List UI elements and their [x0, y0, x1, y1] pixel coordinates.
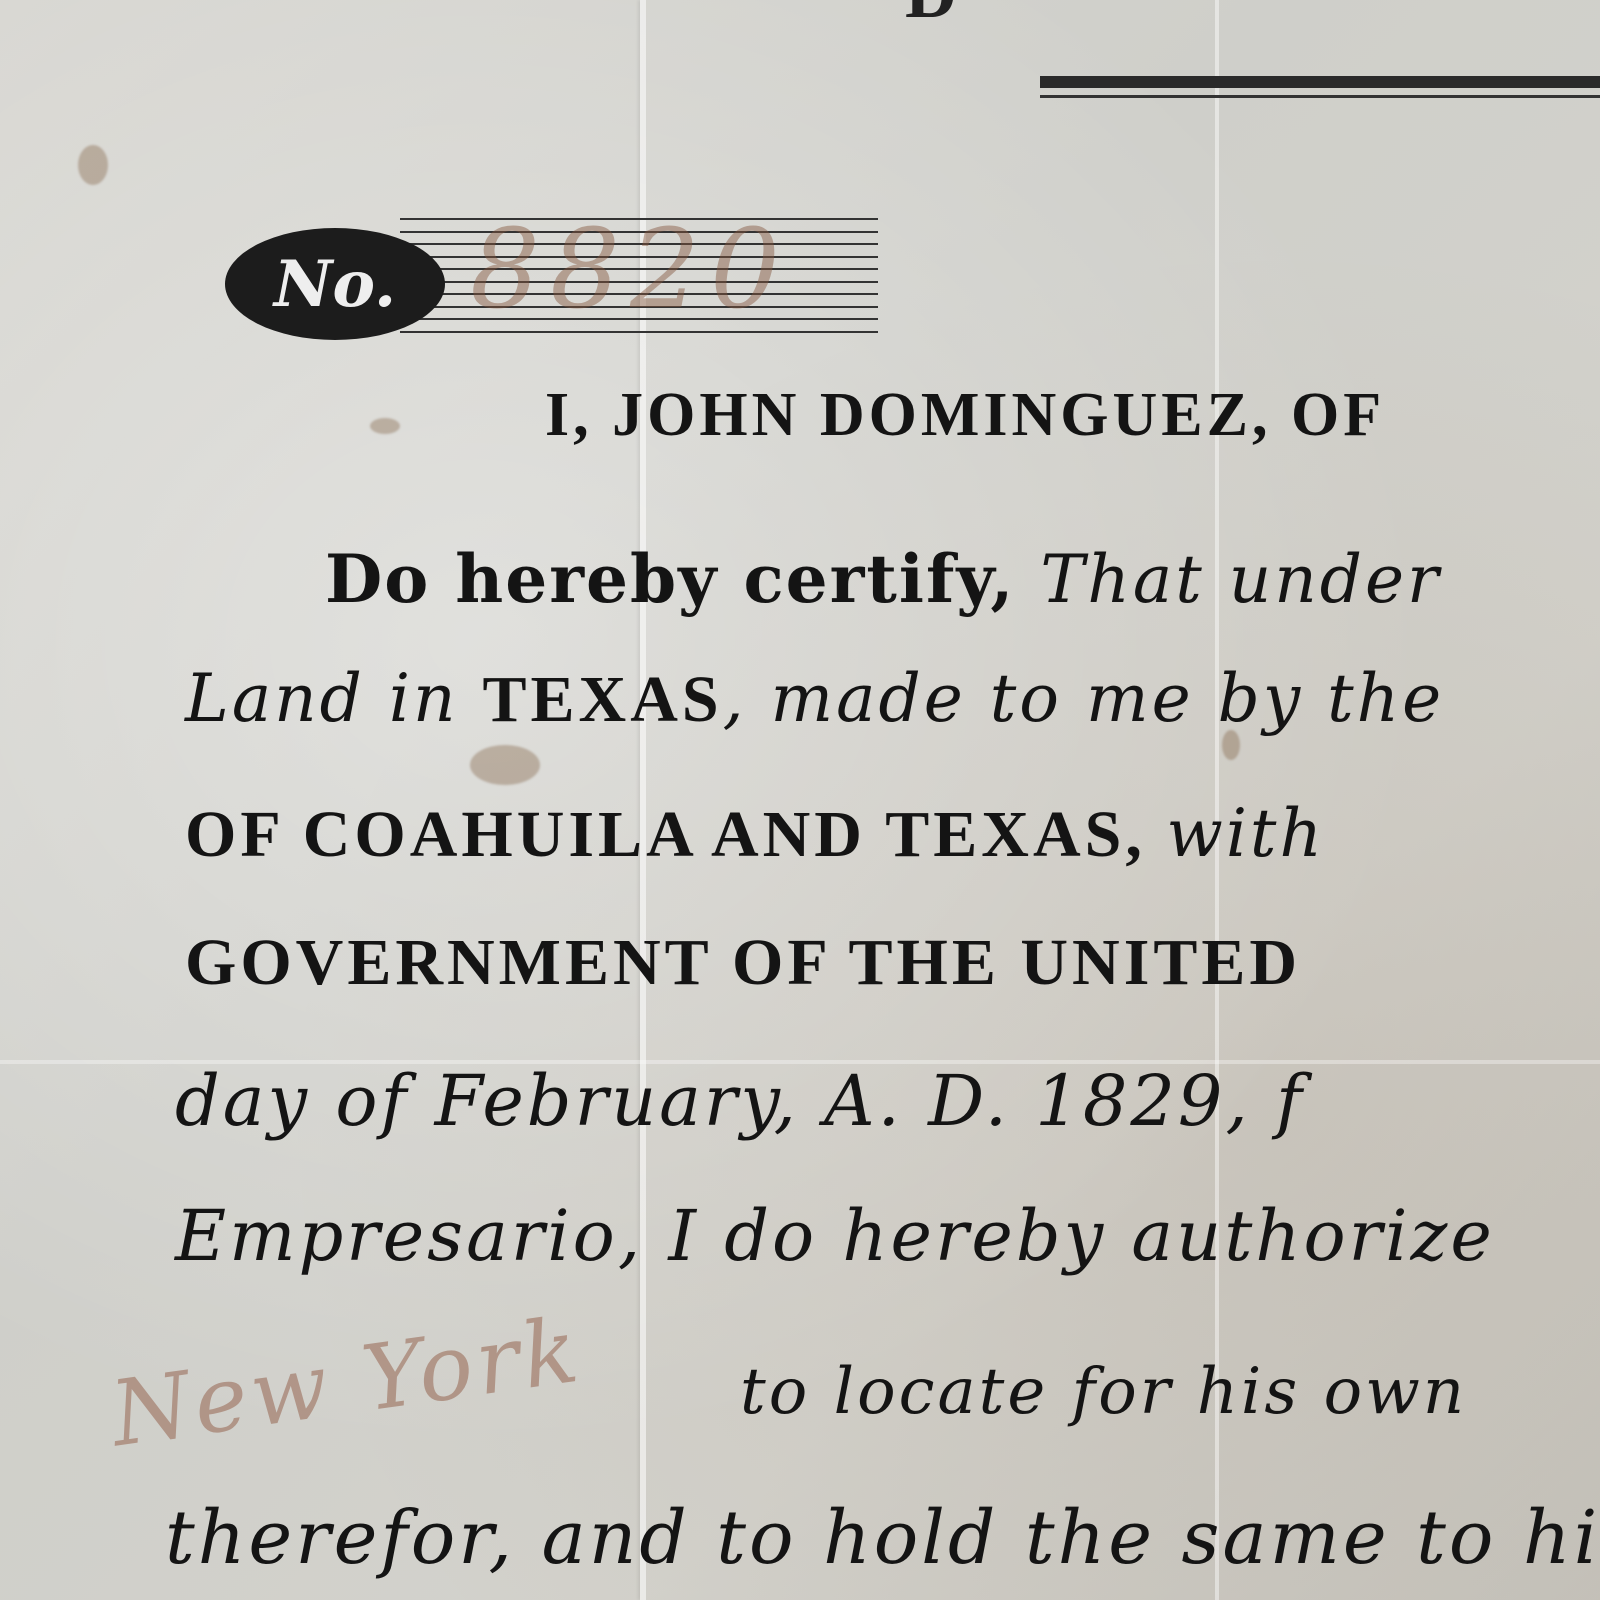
number-label: No.	[274, 247, 396, 322]
line-text: , made to me by the	[723, 660, 1445, 737]
certificate-line-2: Do hereby certify, That under	[325, 540, 1442, 619]
ink-stain	[370, 418, 400, 434]
certificate-line-9: therefor, and to hold the same to hi	[165, 1495, 1600, 1581]
certificate-line-6: day of February, A. D. 1829, f	[175, 1060, 1305, 1142]
heading-rule-thick	[1040, 76, 1600, 88]
line-text: That under	[1040, 541, 1441, 618]
certificate-line-3: Land in TEXAS, made to me by the	[185, 660, 1444, 738]
certificate-line-4: OF COAHUILA AND TEXAS, with	[185, 795, 1325, 873]
certificate-number-handwritten: 8820	[470, 205, 790, 333]
ink-stain	[470, 745, 540, 785]
certificate-line-5: GOVERNMENT OF THE UNITED	[185, 925, 1301, 1001]
certificate-line-7: Empresario, I do hereby authorize	[175, 1195, 1495, 1277]
line-text: TEXAS	[483, 663, 723, 736]
number-badge: No.	[225, 228, 445, 340]
line-text: with	[1166, 795, 1325, 872]
document-heading-fragment: D	[905, 0, 965, 35]
certificate-line-8: to locate for his own	[740, 1355, 1467, 1429]
line-text: OF COAHUILA AND TEXAS,	[185, 798, 1166, 871]
line-text: Land in	[185, 660, 483, 737]
certificate-line-1: I, JOHN DOMINGUEZ, OF	[545, 380, 1385, 451]
heading-rule-thin	[1040, 95, 1600, 98]
ink-stain	[78, 145, 108, 185]
certify-phrase: Do hereby certify,	[325, 540, 1040, 618]
